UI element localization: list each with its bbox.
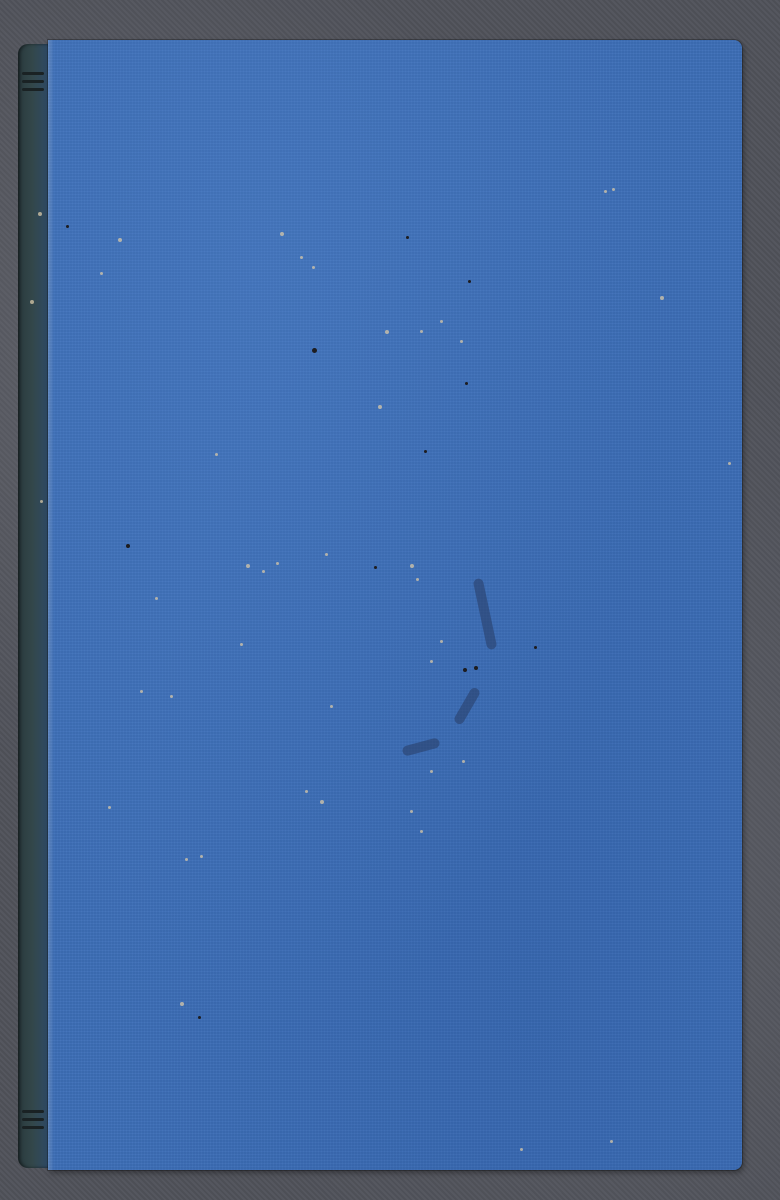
spine-band: [22, 80, 44, 83]
cover-edge-wear: [48, 40, 54, 1170]
worn-speck: [246, 564, 250, 568]
worn-speck: [420, 830, 423, 833]
worn-speck: [108, 806, 111, 809]
worn-speck: [215, 453, 218, 456]
worn-speck: [612, 188, 615, 191]
worn-speck: [520, 1148, 523, 1151]
worn-speck: [40, 500, 43, 503]
dark-speck: [534, 646, 537, 649]
worn-speck: [660, 296, 664, 300]
worn-speck: [140, 690, 143, 693]
dark-speck: [198, 1016, 201, 1019]
worn-speck: [420, 330, 423, 333]
worn-speck: [312, 266, 315, 269]
worn-speck: [440, 640, 443, 643]
worn-speck: [185, 858, 188, 861]
dark-speck: [312, 348, 317, 353]
worn-speck: [462, 760, 465, 763]
worn-speck: [385, 330, 389, 334]
spine-band: [22, 88, 44, 91]
worn-speck: [262, 570, 265, 573]
worn-speck: [155, 597, 158, 600]
worn-speck: [610, 1140, 613, 1143]
book-front-cover: [48, 40, 742, 1170]
spine-band: [22, 72, 44, 75]
spine-band: [22, 1126, 44, 1129]
worn-speck: [38, 212, 42, 216]
spine-band: [22, 1118, 44, 1121]
worn-speck: [240, 643, 243, 646]
worn-speck: [180, 1002, 184, 1006]
worn-speck: [604, 190, 607, 193]
dark-speck: [424, 450, 427, 453]
dark-speck: [465, 382, 468, 385]
worn-speck: [410, 810, 413, 813]
dark-speck: [463, 668, 467, 672]
dark-speck: [474, 666, 478, 670]
worn-speck: [170, 695, 173, 698]
worn-speck: [100, 272, 103, 275]
worn-speck: [30, 300, 34, 304]
book: [18, 40, 742, 1170]
dark-speck: [66, 225, 69, 228]
worn-speck: [728, 462, 731, 465]
spine-band: [22, 1110, 44, 1113]
worn-speck: [440, 320, 443, 323]
worn-speck: [305, 790, 308, 793]
dark-speck: [406, 236, 409, 239]
worn-speck: [118, 238, 122, 242]
worn-speck: [378, 405, 382, 409]
worn-speck: [280, 232, 284, 236]
worn-speck: [325, 553, 328, 556]
dark-speck: [126, 544, 130, 548]
worn-speck: [460, 340, 463, 343]
worn-speck: [430, 770, 433, 773]
worn-speck: [430, 660, 433, 663]
worn-speck: [416, 578, 419, 581]
worn-speck: [320, 800, 324, 804]
worn-speck: [410, 564, 414, 568]
worn-speck: [200, 855, 203, 858]
dark-speck: [374, 566, 377, 569]
worn-speck: [276, 562, 279, 565]
worn-speck: [300, 256, 303, 259]
dark-speck: [468, 280, 471, 283]
worn-speck: [330, 705, 333, 708]
